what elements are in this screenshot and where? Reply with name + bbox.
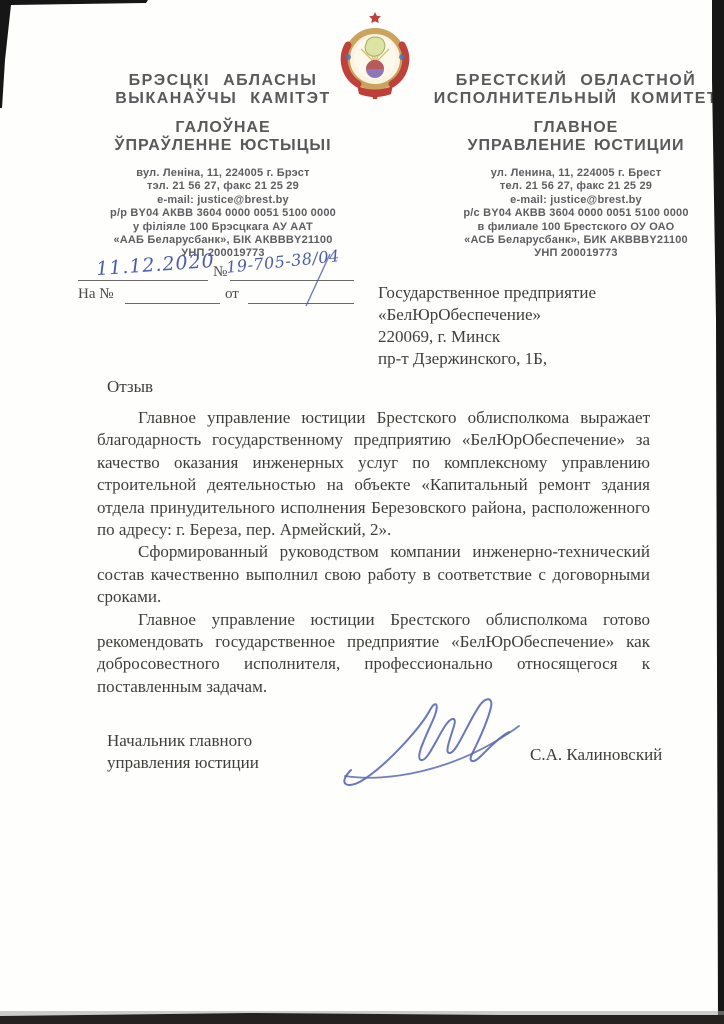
signer-position-line2: управления юстиции (107, 752, 259, 774)
address-ru-unp: УНП 200019773 (415, 247, 724, 260)
letterhead-russian: БРЕСТСКИЙ ОБЛАСТНОЙ ИСПОЛНИТЕЛЬНЫЙ КОМИТ… (415, 72, 724, 261)
address-by-account: р/р BY04 АКВВ 3604 0000 0051 5100 0000 (62, 207, 384, 220)
signer-name: С.А. Калиновский (530, 745, 662, 765)
org-name-ru-line2: ИСПОЛНИТЕЛЬНЫЙ КОМИТЕТ (415, 90, 724, 108)
address-by-branch: у філіяле 100 Брэсцкага АУ ААТ (62, 221, 384, 234)
org-name-ru: БРЕСТСКИЙ ОБЛАСТНОЙ ИСПОЛНИТЕЛЬНЫЙ КОМИТ… (415, 72, 724, 108)
address-ru-street: ул. Ленина, 11, 224005 г. Брест (415, 167, 724, 180)
handwritten-signature (333, 692, 538, 792)
org-name-by: БРЭСЦКІ АБЛАСНЫ ВЫКАНАЎЧЫ КАМІТЭТ (62, 72, 384, 108)
address-by-street: вул. Леніна, 11, 224005 г. Брэст (62, 167, 384, 180)
letter-body: Главное управление юстиции Брестского об… (97, 407, 650, 698)
department-ru-line1: ГЛАВНОЕ (415, 119, 724, 137)
signer-position-line1: Начальник главного (107, 730, 259, 752)
signer-position: Начальник главного управления юстиции (107, 730, 259, 774)
department-ru-line2: УПРАВЛЕНИЕ ЮСТИЦИИ (415, 137, 724, 155)
reference-lines: 11.12.2020 № 19-705-38/04 На № от (78, 252, 368, 312)
recipient-name: «БелЮрОбеспечение» (378, 304, 658, 326)
department-name-ru: ГЛАВНОЕ УПРАВЛЕНИЕ ЮСТИЦИИ (415, 119, 724, 155)
scanned-letter-page: БРЭСЦКІ АБЛАСНЫ ВЫКАНАЎЧЫ КАМІТЭТ ГАЛОЎН… (0, 0, 724, 1024)
org-name-by-line1: БРЭСЦКІ АБЛАСНЫ (62, 72, 384, 90)
address-by-phone: тэл. 21 56 27, факс 21 25 29 (62, 180, 384, 193)
body-paragraph-3: Главное управление юстиции Брестского об… (97, 609, 650, 699)
address-ru-branch: в филиале 100 Брестского ОУ ОАО (415, 221, 724, 234)
pen-stroke-overrun (78, 252, 358, 312)
recipient-street: пр-т Дзержинского, 1Б, (378, 348, 658, 370)
recipient-block: Государственное предприятие «БелЮрОбеспе… (378, 282, 658, 370)
body-paragraph-1: Главное управление юстиции Брестского об… (97, 407, 650, 541)
address-by-email: e-mail: justice@brest.by (62, 194, 384, 207)
department-by-line1: ГАЛОЎНАЕ (62, 119, 384, 137)
address-ru-account: р/с BY04 АКВВ 3604 0000 0051 5100 0000 (415, 207, 724, 220)
org-name-by-line2: ВЫКАНАЎЧЫ КАМІТЭТ (62, 90, 384, 108)
address-ru-email: e-mail: justice@brest.by (415, 194, 724, 207)
department-name-by: ГАЛОЎНАЕ ЎПРАЎЛЕННЕ ЮСТЫЦЫІ (62, 119, 384, 155)
address-block-ru: ул. Ленина, 11, 224005 г. Брест тел. 21 … (415, 167, 724, 261)
address-ru-bank: «АСБ Беларусбанк», БИК АКВВВY21100 (415, 234, 724, 247)
letterhead-belarusian: БРЭСЦКІ АБЛАСНЫ ВЫКАНАЎЧЫ КАМІТЭТ ГАЛОЎН… (62, 72, 384, 261)
recipient-org: Государственное предприятие (378, 282, 658, 304)
department-by-line2: ЎПРАЎЛЕННЕ ЮСТЫЦЫІ (62, 137, 384, 155)
address-ru-phone: тел. 21 56 27, факс 21 25 29 (415, 180, 724, 193)
document-title: Отзыв (107, 377, 153, 397)
org-name-ru-line1: БРЕСТСКИЙ ОБЛАСТНОЙ (415, 72, 724, 90)
body-paragraph-2: Сформированный руководством компании инж… (97, 541, 650, 608)
recipient-city: 220069, г. Минск (378, 326, 658, 348)
